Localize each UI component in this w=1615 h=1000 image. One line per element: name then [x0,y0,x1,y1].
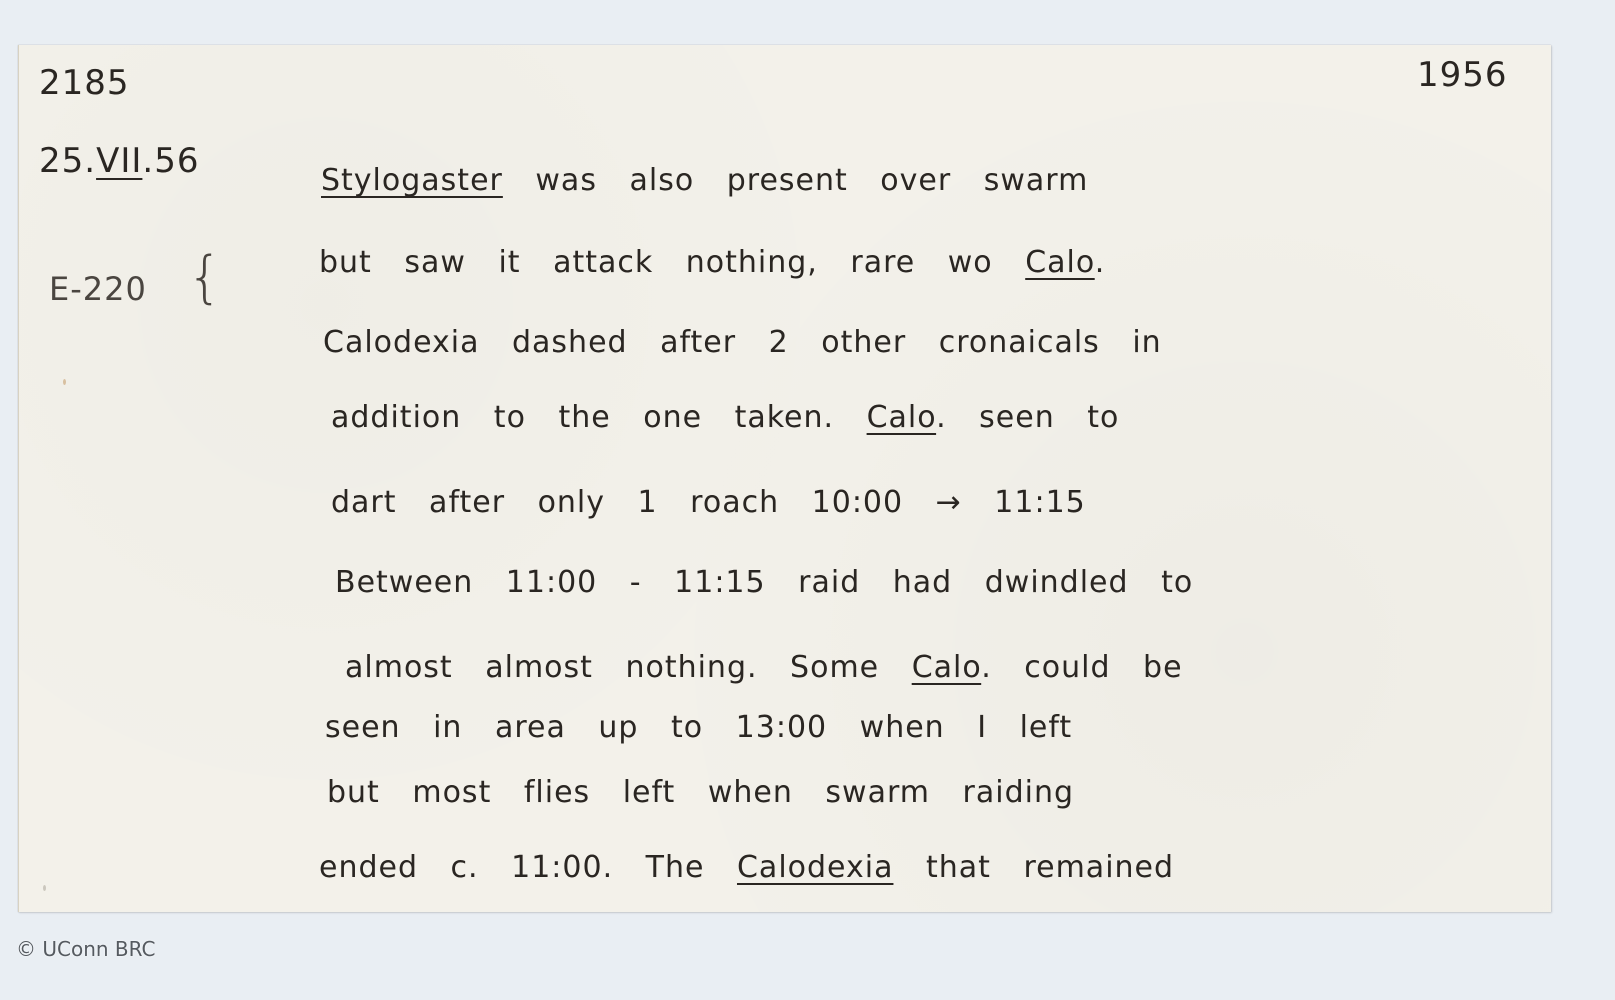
note-text: dart after only 1 roach 10:00 → 11:15 [331,485,1086,520]
copyright-watermark: © UConn BRC [16,937,156,961]
note-line-6: Between 11:00 - 11:15 raid had dwindled … [335,565,1193,600]
date-month: VII [96,141,142,181]
paper-blemish [43,885,46,891]
reference-code: E-220 [49,270,147,308]
taxon-name: Calo [912,650,982,685]
note-line-8: seen in area up to 13:00 when I left [325,710,1072,745]
catalog-number: 2185 [39,63,130,103]
note-text: was also present over swarm [503,163,1088,198]
date-year: 56 [154,141,199,181]
taxon-name: Calodexia [737,850,893,885]
date-day: 25 [39,141,84,181]
taxon-name: Calo [1025,245,1095,280]
note-line-10: ended c. 11:00. The Calodexia that remai… [319,850,1174,885]
note-line-9: but most flies left when swarm raiding [327,775,1074,810]
note-line-1: Stylogaster was also present over swarm [321,163,1088,198]
note-text: addition to the one taken. [331,400,867,435]
note-text: Between 11:00 - 11:15 raid had dwindled … [335,565,1193,600]
paper-blemish [63,379,66,385]
note-text: almost almost nothing. Some [345,650,912,685]
note-text: that remained [893,850,1174,885]
collection-date: 25.VII.56 [39,141,199,181]
note-line-7: almost almost nothing. Some Calo. could … [345,650,1183,685]
note-text: . seen to [936,400,1119,435]
date-separator: . [142,141,154,181]
note-line-4: addition to the one taken. Calo. seen to [331,400,1119,435]
note-text: but saw it attack nothing, rare wo [319,245,1025,280]
note-line-2: but saw it attack nothing, rare wo Calo. [319,245,1105,280]
note-text: but most flies left when swarm raiding [327,775,1074,810]
note-text: . could be [981,650,1182,685]
index-card: 2185 1956 25.VII.56 E-220 { Stylogaster … [18,45,1551,912]
taxon-name: Stylogaster [321,163,503,198]
note-text: Calodexia dashed after 2 other cronaical… [323,325,1162,360]
note-line-3: Calodexia dashed after 2 other cronaical… [323,325,1162,360]
year-label: 1956 [1417,55,1508,95]
note-text: seen in area up to 13:00 when I left [325,710,1072,745]
brace-mark: { [187,245,224,310]
note-line-5: dart after only 1 roach 10:00 → 11:15 [331,485,1086,520]
note-text: . [1095,245,1106,280]
date-separator: . [84,141,96,181]
note-text: ended c. 11:00. The [319,850,737,885]
taxon-name: Calo [867,400,937,435]
